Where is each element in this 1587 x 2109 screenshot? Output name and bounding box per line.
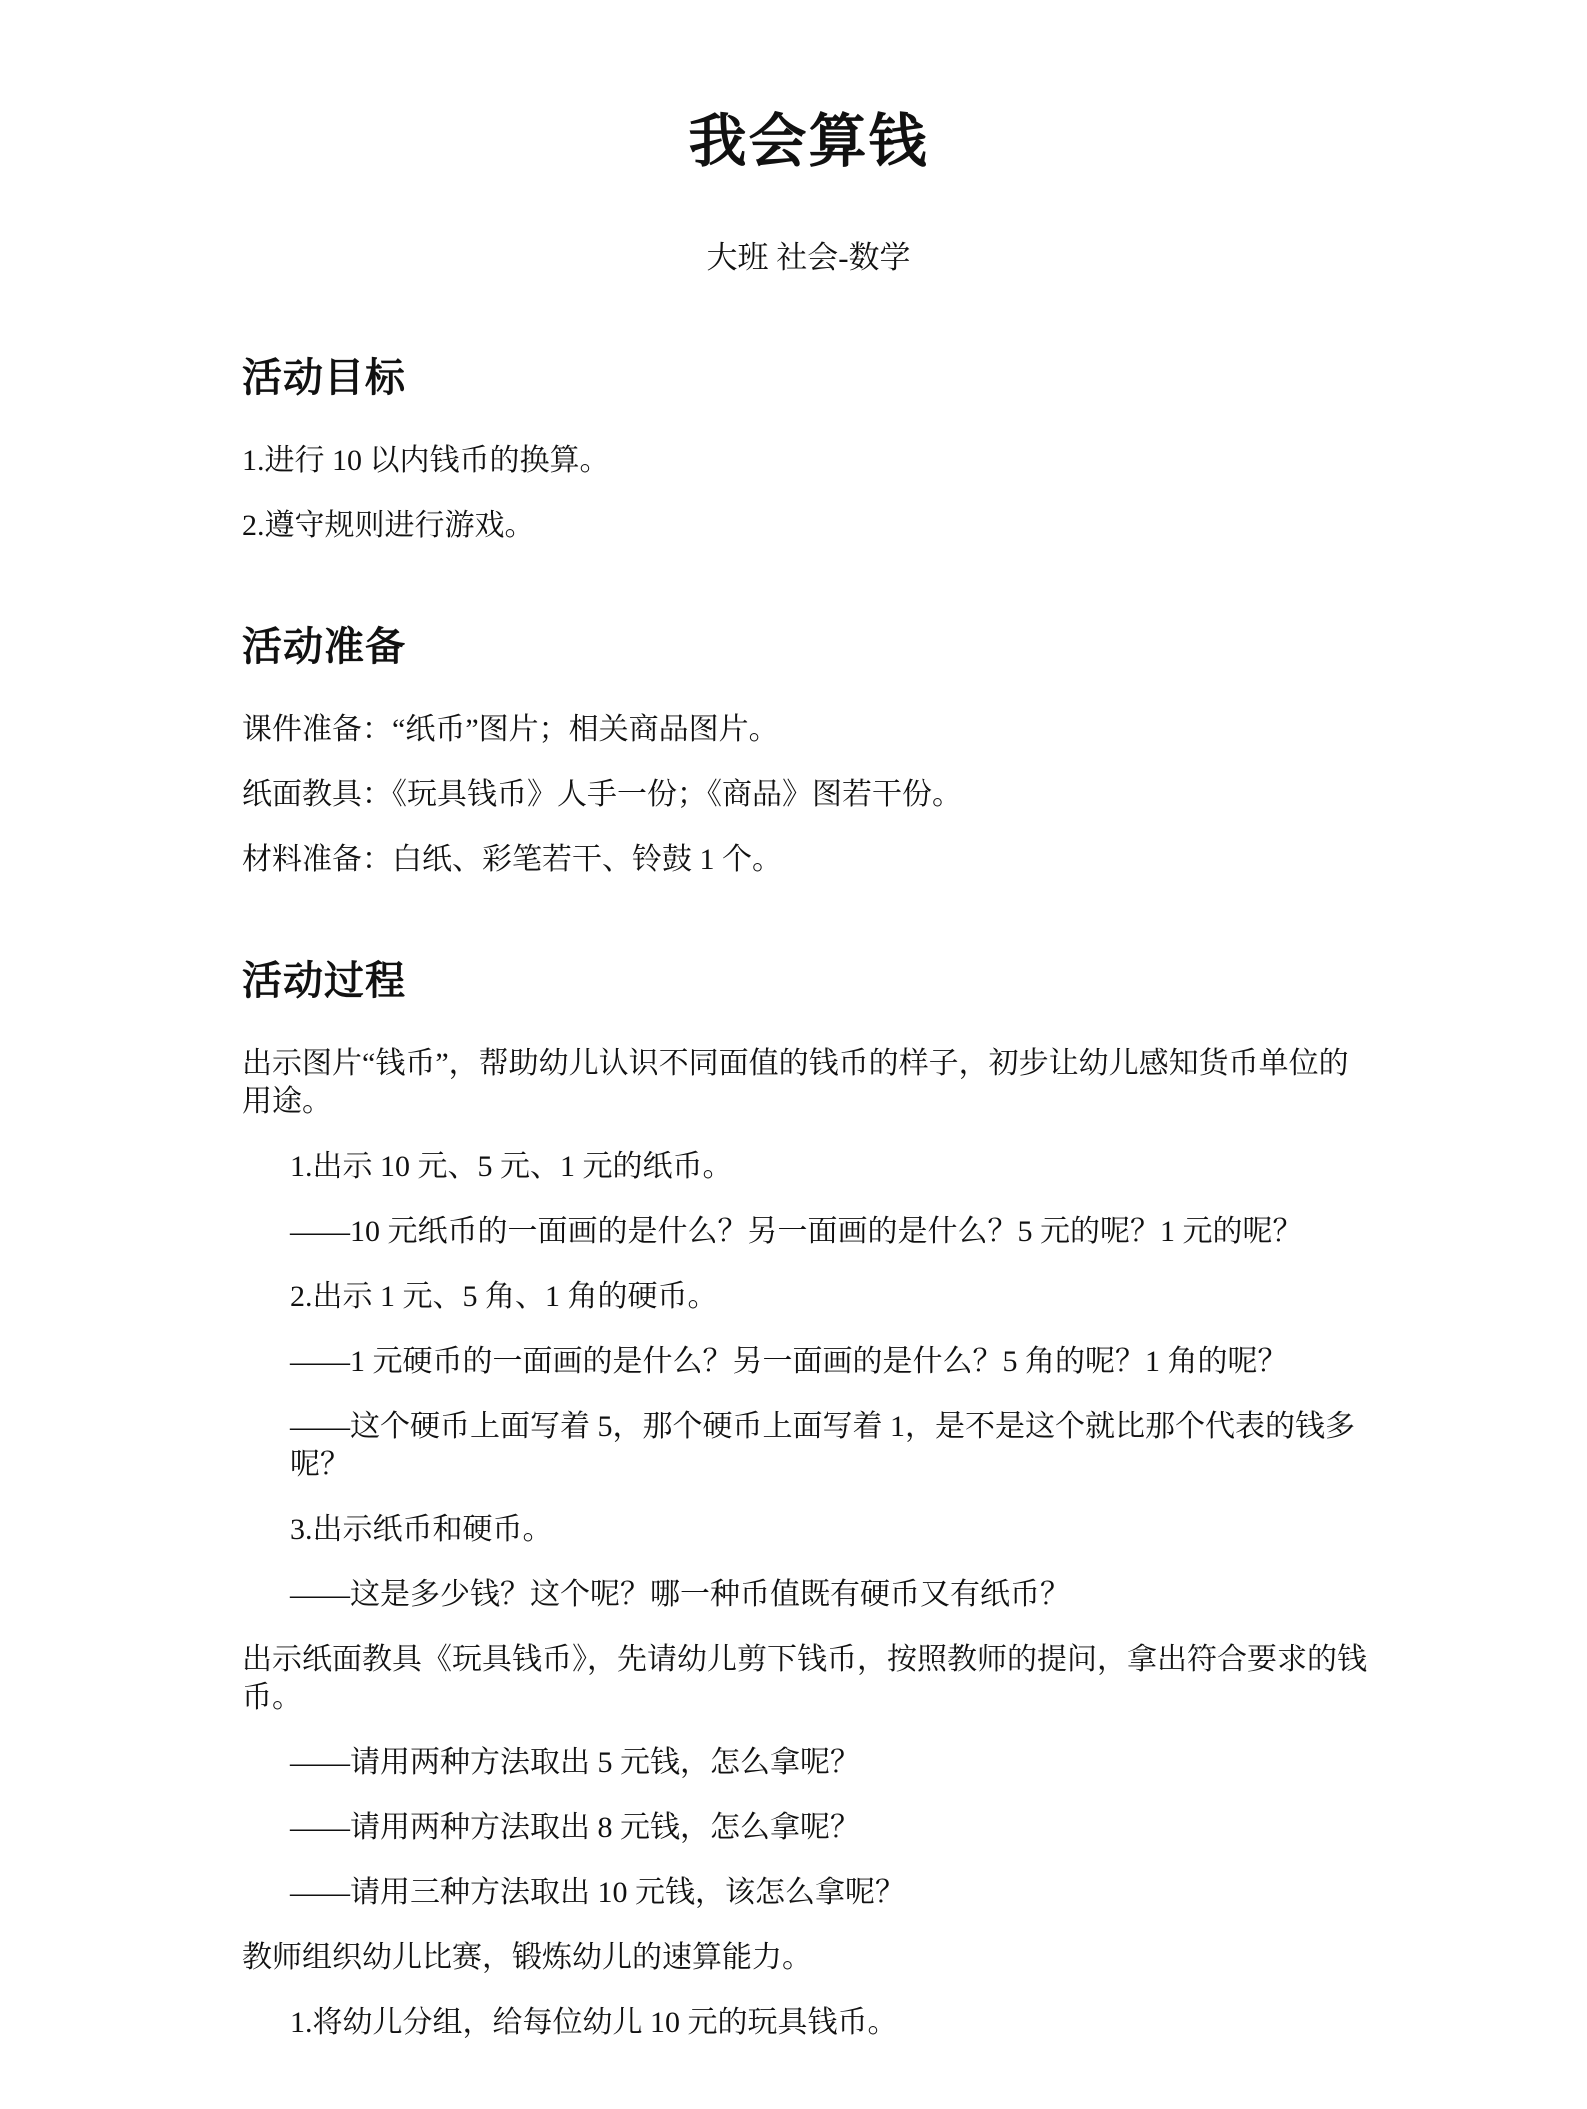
section-goals: 活动目标 1.进行 10 以内钱币的换算。 2.遵守规则进行游戏。 bbox=[242, 354, 1375, 545]
section-heading: 活动目标 bbox=[242, 354, 1375, 402]
text-line: ——请用三种方法取出 10 元钱，该怎么拿呢？ bbox=[242, 1874, 1375, 1912]
section-heading: 活动过程 bbox=[242, 957, 1375, 1005]
text-line: ——请用两种方法取出 5 元钱，怎么拿呢？ bbox=[242, 1744, 1375, 1782]
page-title: 我会算钱 bbox=[242, 100, 1375, 184]
text-line: 教师组织幼儿比赛，锻炼幼儿的速算能力。 bbox=[242, 1939, 1375, 1977]
text-line: 出示纸面教具《玩具钱币》，先请幼儿剪下钱币，按照教师的提问，拿出符合要求的钱币。 bbox=[242, 1641, 1375, 1717]
text-line: 2.出示 1 元、5 角、1 角的硬币。 bbox=[242, 1278, 1375, 1316]
text-line: 1.出示 10 元、5 元、1 元的纸币。 bbox=[242, 1148, 1375, 1186]
text-line: 纸面教具：《玩具钱币》人手一份；《商品》图若干份。 bbox=[242, 776, 1375, 814]
text-line: ——这是多少钱？这个呢？哪一种币值既有硬币又有纸币？ bbox=[242, 1576, 1375, 1614]
text-line: ——10 元纸币的一面画的是什么？另一面画的是什么？5 元的呢？1 元的呢？ bbox=[242, 1213, 1375, 1251]
document-page: 我会算钱 大班 社会-数学 活动目标 1.进行 10 以内钱币的换算。 2.遵守… bbox=[0, 0, 1587, 2109]
text-line: 出示图片“钱币”，帮助幼儿认识不同面值的钱币的样子，初步让幼儿感知货币单位的用途… bbox=[242, 1045, 1375, 1121]
text-line: ——请用两种方法取出 8 元钱，怎么拿呢？ bbox=[242, 1809, 1375, 1847]
text-line: ——这个硬币上面写着 5，那个硬币上面写着 1，是不是这个就比那个代表的钱多呢？ bbox=[242, 1408, 1375, 1484]
text-line: 材料准备：白纸、彩笔若干、铃鼓 1 个。 bbox=[242, 841, 1375, 879]
text-line: 1.将幼儿分组，给每位幼儿 10 元的玩具钱币。 bbox=[242, 2004, 1375, 2042]
text-line: ——1 元硬币的一面画的是什么？另一面画的是什么？5 角的呢？1 角的呢？ bbox=[242, 1343, 1375, 1381]
section-preparation: 活动准备 课件准备：“纸币”图片；相关商品图片。 纸面教具：《玩具钱币》人手一份… bbox=[242, 623, 1375, 879]
text-line: 3.出示纸币和硬币。 bbox=[242, 1511, 1375, 1549]
section-heading: 活动准备 bbox=[242, 623, 1375, 671]
section-process: 活动过程 出示图片“钱币”，帮助幼儿认识不同面值的钱币的样子，初步让幼儿感知货币… bbox=[242, 957, 1375, 2042]
text-line: 1.进行 10 以内钱币的换算。 bbox=[242, 442, 1375, 480]
text-line: 课件准备：“纸币”图片；相关商品图片。 bbox=[242, 711, 1375, 749]
text-line: 2.遵守规则进行游戏。 bbox=[242, 507, 1375, 545]
page-subtitle: 大班 社会-数学 bbox=[242, 236, 1375, 280]
